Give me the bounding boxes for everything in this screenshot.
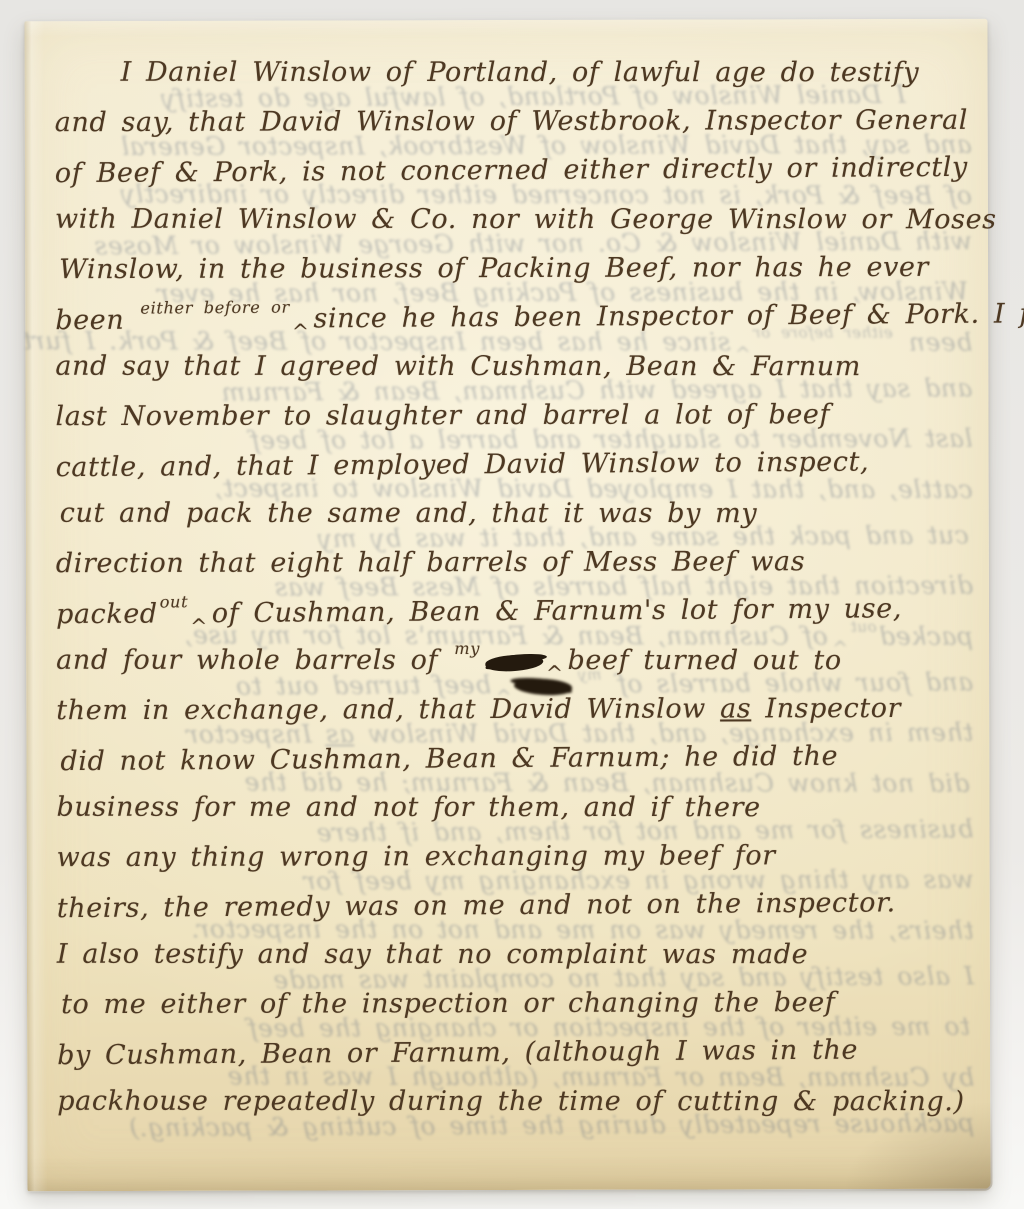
inserted-word: either before or — [140, 300, 290, 317]
text-segment: did not know Cushman, Bean & Farnum; he … — [60, 741, 838, 777]
inserted-word: my — [454, 641, 480, 657]
manuscript-line: to me either of the inspection or changi… — [61, 978, 974, 1029]
manuscript-line: been either before or^since he has been … — [55, 290, 972, 345]
manuscript-line: of Beef & Pork, is not concerned either … — [55, 143, 972, 198]
manuscript-line: I also testify and say that no complaint… — [57, 930, 974, 979]
text-segment: I Daniel Winslow of Portland, of lawful … — [121, 57, 920, 88]
text-segment: and say, that David Winslow of Westbrook… — [55, 105, 968, 138]
text-segment: cattle, and, that I employed David Winsl… — [56, 447, 870, 484]
text-segment: and say that I agreed with Cushman, Bean… — [55, 351, 861, 382]
manuscript-line: last November to slaughter and barrel a … — [55, 390, 972, 441]
photo-background: I Daniel Winslow of Portland, of lawful … — [0, 0, 1024, 1209]
manuscript-line: was any thing wrong in exchanging my bee… — [57, 831, 974, 882]
underlined-word: as — [720, 693, 751, 724]
manuscript-line: theirs, the remedy was on me and not on … — [57, 878, 974, 933]
text-segment: direction that eight half barrels of Mes… — [56, 546, 805, 579]
inserted-word: out — [160, 595, 189, 611]
manuscript-text: I Daniel Winslow of Portland, of lawful … — [24, 19, 990, 1192]
manuscript-line: packhouse repeatedly during the time of … — [57, 1077, 974, 1126]
text-segment: Winslow, in the business of Packing Beef… — [59, 252, 929, 285]
text-segment: been — [55, 305, 138, 337]
text-segment: cut and pack the same and, that it was b… — [60, 498, 757, 529]
text-segment: of Beef & Pork, is not concerned either … — [55, 152, 968, 189]
text-segment: I also testify and say that no complaint… — [57, 939, 808, 970]
text-segment: and four whole barrels of — [56, 645, 452, 676]
text-segment: beef turned out to — [568, 645, 842, 676]
manuscript-line: business for me and not for them, and if… — [57, 783, 974, 832]
manuscript-line: did not know Cushman, Bean & Farnum; he … — [60, 731, 973, 786]
manuscript-page: I Daniel Winslow of Portland, of lawful … — [24, 19, 990, 1192]
manuscript-line: and say, that David Winslow of Westbrook… — [55, 96, 972, 147]
manuscript-line: by Cushman, Bean or Farnum, (although I … — [57, 1025, 974, 1080]
text-segment: packed — [56, 598, 158, 630]
text-segment: Inspector — [751, 693, 901, 724]
manuscript-line: with Daniel Winslow & Co. nor with Georg… — [55, 195, 972, 244]
manuscript-line: cattle, and, that I employed David Winsl… — [55, 437, 972, 492]
text-segment: packhouse repeatedly during the time of … — [57, 1086, 964, 1117]
text-segment: since he has been Inspector of Beef & Po… — [313, 297, 1024, 334]
text-segment: of Cushman, Bean & Farnum's lot for my u… — [212, 593, 902, 629]
manuscript-line: I Daniel Winslow of Portland, of lawful … — [55, 48, 972, 97]
text-segment: last November to slaughter and barrel a … — [55, 399, 830, 432]
manuscript-line: and four whole barrels of my^beef turned… — [56, 636, 973, 685]
text-segment: to me either of the inspection or changi… — [61, 987, 835, 1020]
text-segment: theirs, the remedy was on me and not on … — [57, 887, 896, 924]
text-segment: business for me and not for them, and if… — [57, 792, 761, 823]
text-segment: with Daniel Winslow & Co. nor with Georg… — [55, 204, 997, 235]
manuscript-line: and say that I agreed with Cushman, Bean… — [55, 342, 972, 391]
text-segment: them in exchange, and, that David Winslo… — [56, 693, 720, 726]
manuscript-line: packedout^of Cushman, Bean & Farnum's lo… — [56, 584, 973, 639]
text-segment: by Cushman, Bean or Farnum, (although I … — [57, 1035, 858, 1072]
manuscript-line: them in exchange, and, that David Winslo… — [56, 684, 973, 735]
manuscript-line: cut and pack the same and, that it was b… — [60, 489, 973, 538]
manuscript-line: Winslow, in the business of Packing Beef… — [59, 243, 972, 294]
text-segment: was any thing wrong in exchanging my bee… — [57, 840, 776, 873]
ink-blot — [485, 652, 544, 673]
manuscript-line: direction that eight half barrels of Mes… — [56, 537, 973, 588]
